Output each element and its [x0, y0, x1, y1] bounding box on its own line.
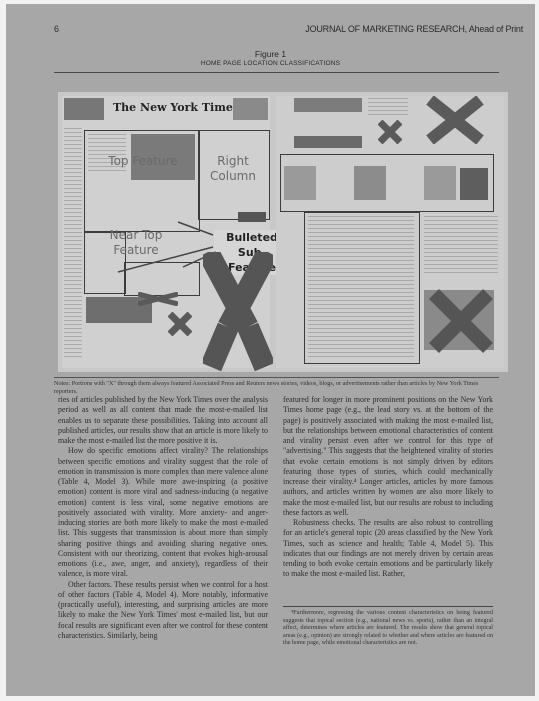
x-mark-icon: [168, 312, 192, 336]
paragraph: featured for longer in more prominent po…: [283, 395, 493, 518]
large-x-mark-icon: [203, 252, 273, 372]
figure-top-rule: [54, 72, 499, 73]
footnote: ⁴Furthermore, regressing the various con…: [283, 606, 493, 648]
footnote-text: ⁴Furthermore, regressing the various con…: [283, 610, 493, 648]
sections-text: [308, 216, 414, 358]
thumb: [354, 166, 386, 200]
video-strip: [294, 98, 362, 112]
paragraph: How do specific emotions affect virality…: [58, 446, 268, 579]
figure-subtitle: HOME PAGE LOCATION CLASSIFICATIONS: [6, 60, 535, 67]
thumb: [424, 166, 456, 200]
video-thumbnails: [294, 136, 362, 148]
figure-notes: Notes: Portions with "X" through them al…: [54, 377, 499, 396]
journal-page: 6 JOURNAL OF MARKETING RESEARCH, Ahead o…: [6, 4, 535, 696]
x-mark-icon: [426, 96, 484, 144]
body-left-column: ries of articles published by the New Yo…: [58, 395, 268, 641]
paragraph: Robustness checks. The results are also …: [283, 518, 493, 580]
journal-running-header: JOURNAL OF MARKETING RESEARCH, Ahead of …: [305, 24, 523, 34]
x-mark-icon: [138, 292, 178, 306]
paragraph: Other factors. These results persist whe…: [58, 580, 268, 642]
x-mark-icon: [378, 120, 402, 144]
x-mark-icon: [428, 288, 494, 354]
figure-homepage-screenshot: The New York Times Top Feature Right Col…: [58, 92, 508, 372]
figure-title: Figure 1: [6, 49, 535, 59]
thumb: [284, 166, 316, 200]
blog-text: [368, 98, 408, 118]
most-emailed-list: [424, 216, 498, 276]
body-right-column: featured for longer in more prominent po…: [283, 395, 493, 580]
page-number: 6: [54, 24, 59, 34]
paragraph: ries of articles published by the New Yo…: [58, 395, 268, 446]
thumb-people: [460, 168, 488, 200]
